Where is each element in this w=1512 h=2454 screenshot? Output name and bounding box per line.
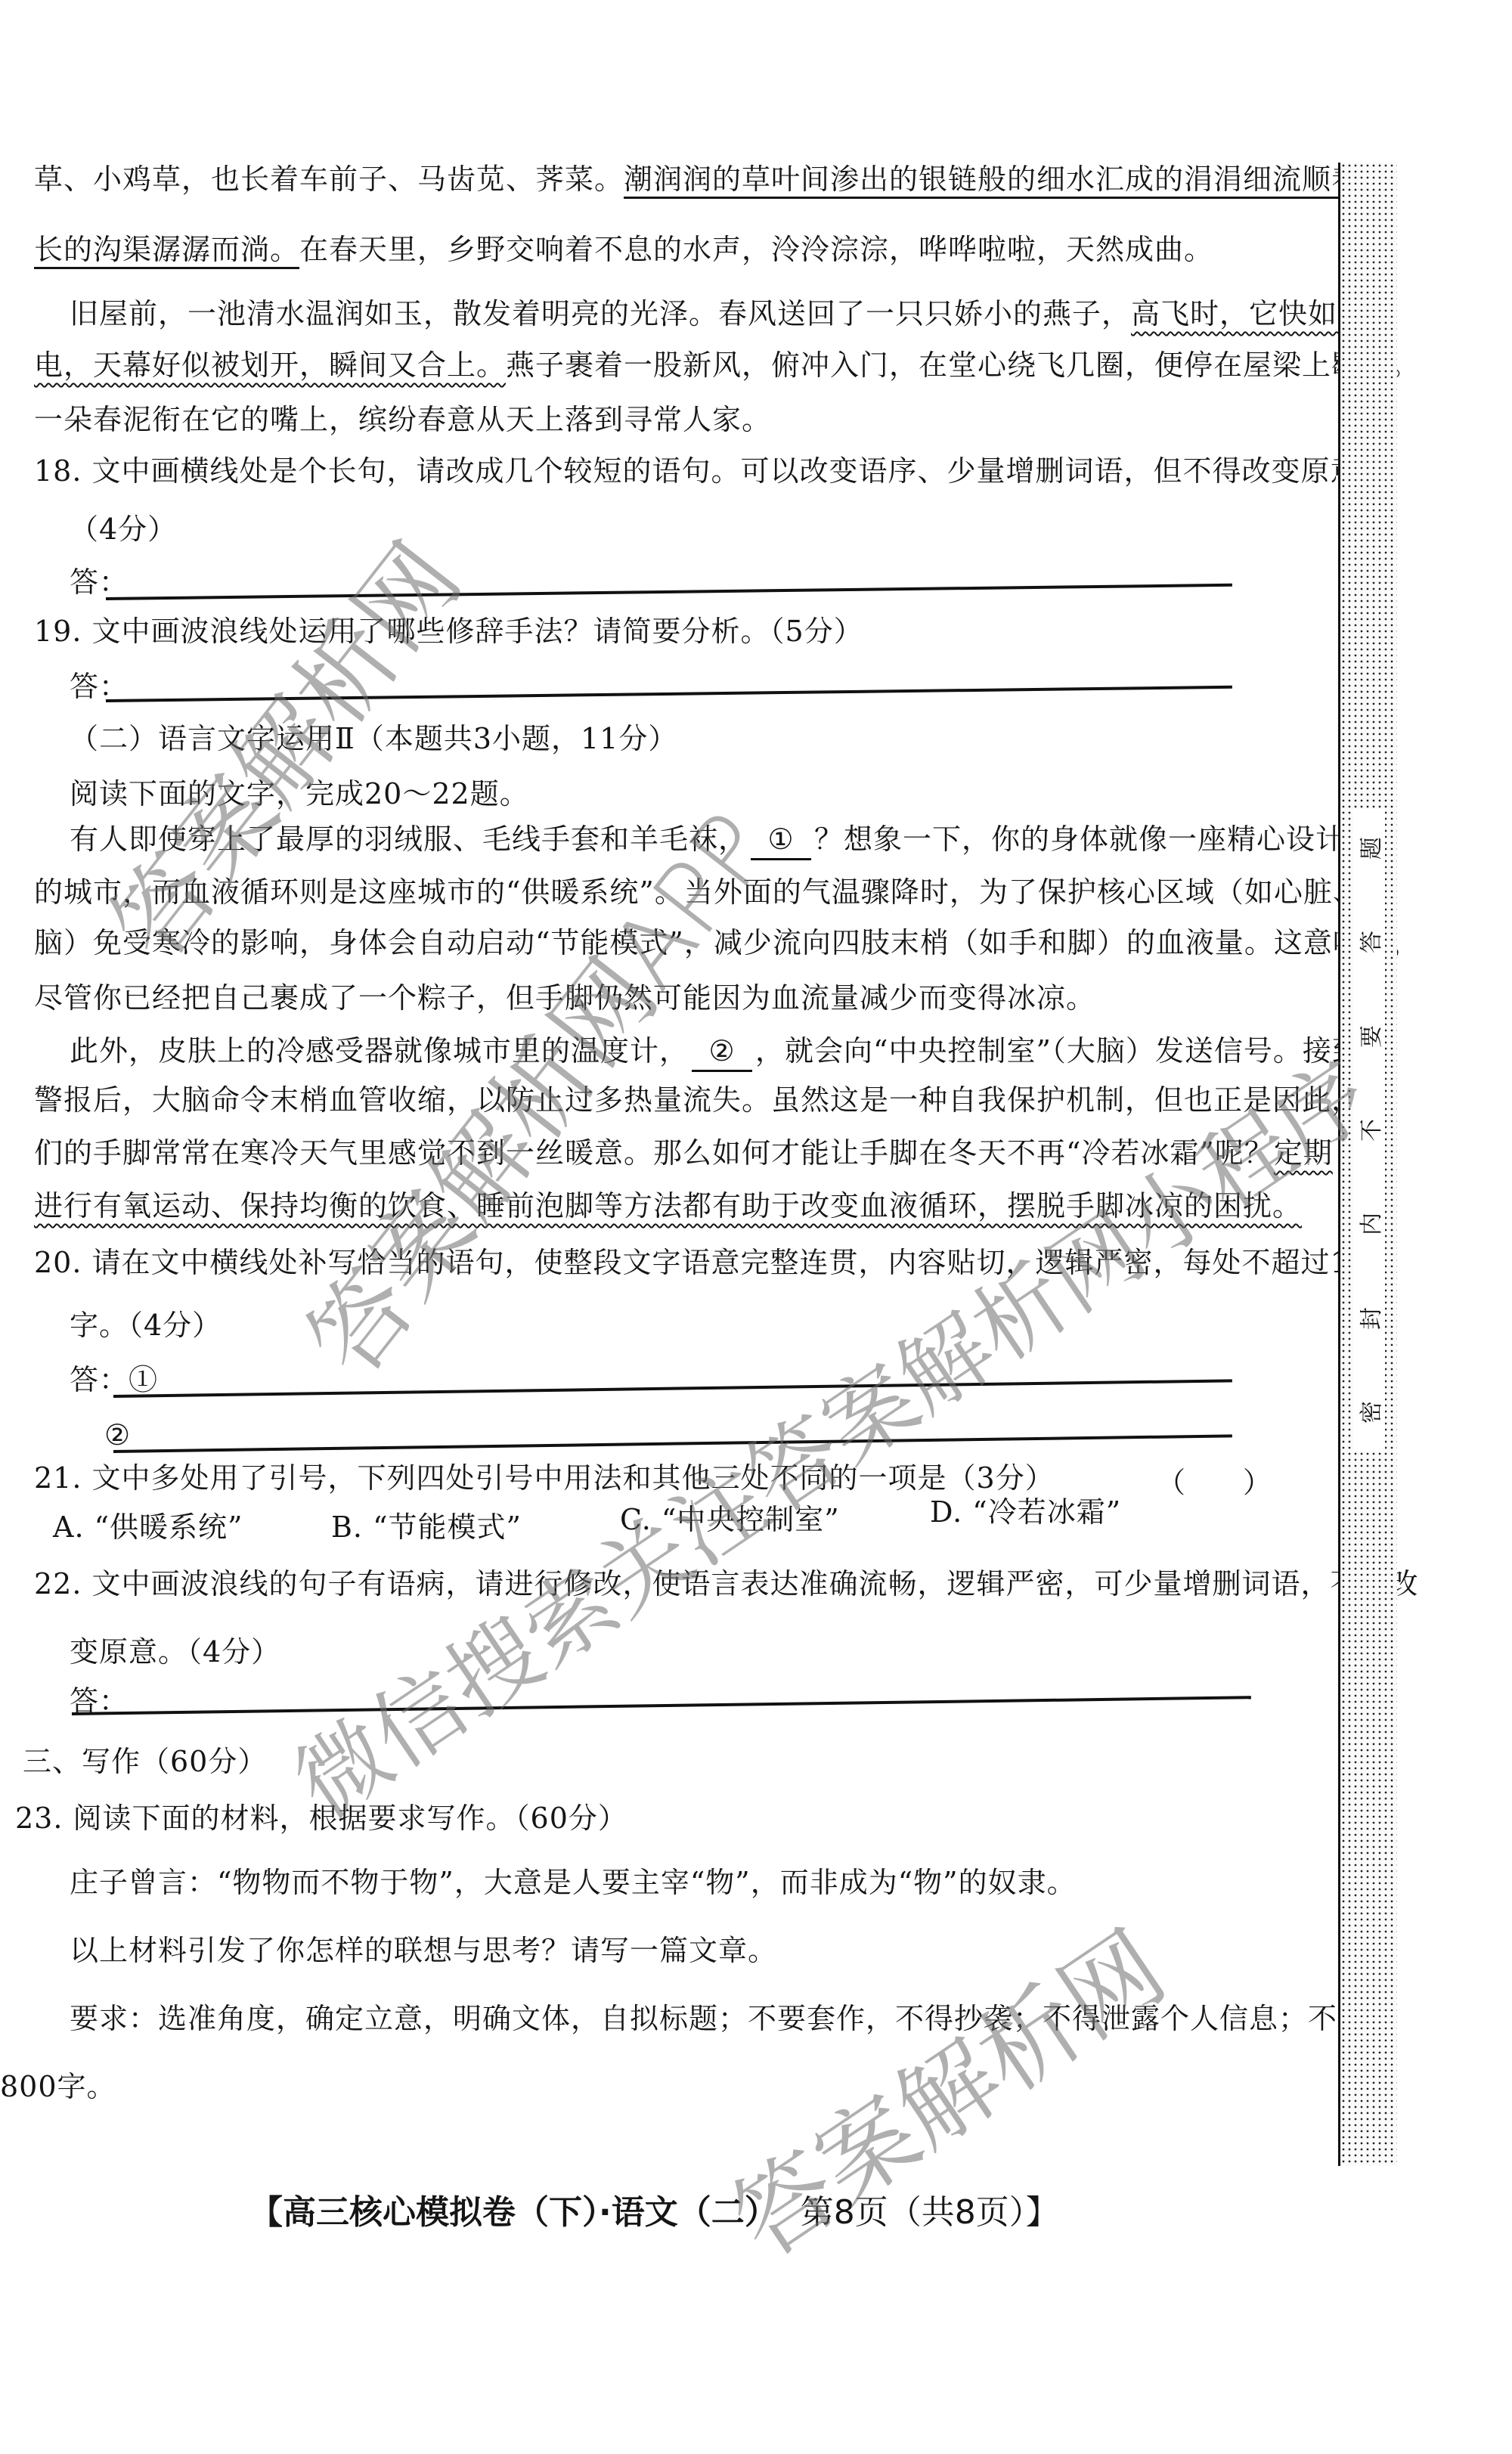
strip-char: 内 [1352,1213,1386,1235]
text: 旧屋前，一池清水温润如玉，散发着明亮的光泽。春风送回了一只只娇小的燕子， [70,297,1131,330]
exam-title: 【高三核心模拟卷（下）·语文（二） [249,2193,778,2232]
text: 草、小鸡草，也长着车前子、马齿苋、荠菜。 [34,163,624,196]
passage-line: 草、小鸡草，也长着车前子、马齿苋、荠菜。潮润润的草叶间渗出的银链般的细水汇成的涓… [34,160,1390,198]
requirements-text: 要求：选准角度，确定立意，明确文体，自拟标题；不要套作，不得抄袭；不得泄露个人信… [70,2000,1396,2037]
answer-line-22[interactable] [72,1696,1251,1715]
question-22-cont: 变原意。（4分） [70,1633,280,1671]
strip-char: 答 [1352,931,1386,953]
passage-line: 一朵春泥衔在它的嘴上，缤纷春意从天上落到寻常人家。 [34,401,771,438]
answer-label: ② [104,1416,131,1454]
question-21: 21. 文中多处用了引号，下列四处引号中用法和其他三处不同的一项是（3分） [34,1459,1055,1497]
underlined-sentence: 长的沟渠潺潺而淌。 [34,233,299,266]
answer-label: 答： [70,563,129,601]
text: ？想象一下，你的身体就像一座精心设计 [814,823,1345,856]
text: 燕子裹着一股新风，俯冲入门，在堂心绕飞几圈，便停在屋梁上歇息。 [506,349,1420,382]
question-20-cont: 字。（4分） [70,1306,222,1344]
option-a[interactable]: A. “供暖系统” [53,1508,243,1546]
text: 们的手脚常常在寒冷天气里感觉不到一丝暖意。那么如何才能让手脚在冬天不再“冷若冰霜… [34,1136,1274,1170]
question-18: 18. 文中画横线处是个长句，请改成几个较短的语句。可以改变语序、少量增删词语，… [34,452,1390,490]
passage-line: 旧屋前，一池清水温润如玉，散发着明亮的光泽。春风送回了一只只娇小的燕子，高飞时，… [70,295,1367,333]
passage-line: 长的沟渠潺潺而淌。在春天里，乡野交响着不息的水声，泠泠淙淙，哗哗啦啦，天然成曲。 [34,231,1213,268]
wavy-sentence: 高飞时，它快如闪 [1131,297,1367,330]
option-d[interactable]: D. “冷若冰霜” [930,1493,1121,1531]
prompt-text: 以上材料引发了你怎样的联想与思考？请写一篇文章。 [70,1932,777,1969]
page-footer: 【高三核心模拟卷（下）·语文（二）第8页（共8页）】 [249,2185,1059,2233]
strip-char: 要 [1352,1025,1386,1048]
answer-label: 答：① [70,1361,158,1399]
underlined-sentence: 潮润润的草叶间渗出的银链般的细水汇成的涓涓细流顺着长 [624,163,1390,196]
strip-char: 密 [1352,1401,1386,1424]
wavy-sentence: 电，天幕好似被划开，瞬间又合上。 [34,349,506,382]
material-text: 庄子曾言：“物物而不物于物”，大意是人要主宰“物”，而非成为“物”的奴隶。 [70,1864,1077,1901]
answer-paren[interactable]: （ ） [1157,1459,1272,1501]
option-b[interactable]: B. “节能模式” [331,1508,522,1546]
answer-line-18[interactable] [106,584,1232,600]
text: 在春天里，乡野交响着不息的水声，泠泠淙淙，哗哗啦啦，天然成曲。 [299,233,1213,266]
blank-2[interactable]: ② [692,1032,752,1072]
passage-line: 此外，皮肤上的冷感受器就像城市里的温度计，②，就会向“中央控制室”（大脑）发送信… [70,1032,1362,1072]
requirements-text-cont: 800字。 [0,2068,116,2105]
question-18-score: （4分） [70,510,177,548]
passage-line: 电，天幕好似被划开，瞬间又合上。燕子裹着一股新风，俯冲入门，在堂心绕飞几圈，便停… [34,346,1420,384]
answer-line-20-2[interactable] [113,1434,1232,1453]
strip-char: 题 [1352,837,1386,860]
section-3-title: 三、写作（60分） [23,1743,267,1780]
answer-line-20-1[interactable] [113,1379,1232,1398]
strip-char: 封 [1352,1307,1386,1330]
